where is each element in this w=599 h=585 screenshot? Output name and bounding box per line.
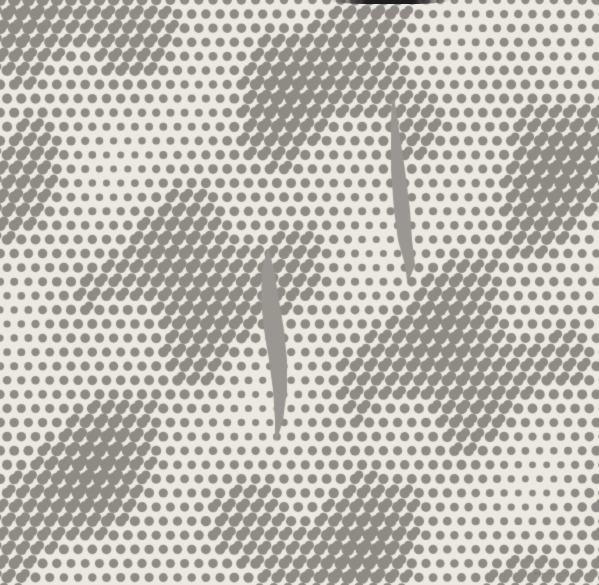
halftone-pattern (0, 0, 599, 585)
catalog-number-text: ······ (18, 571, 27, 576)
copyright-text: © 19·· ··· ······ ··· (534, 571, 569, 576)
album-cover: ······ © 19·· ··· ······ ··· (0, 0, 599, 585)
